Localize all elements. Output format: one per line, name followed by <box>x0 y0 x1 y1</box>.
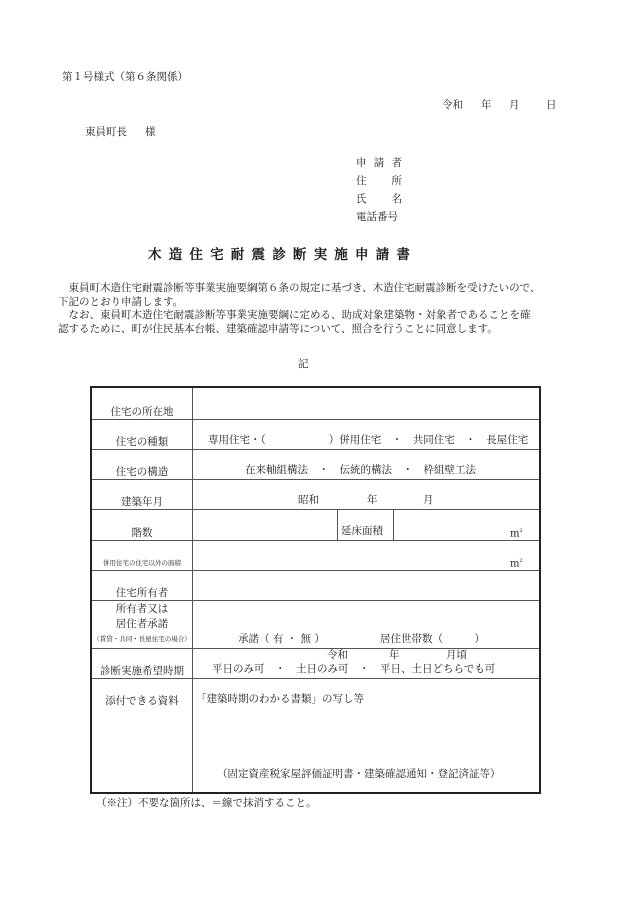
floors-label: 階数 <box>92 525 192 540</box>
non-residential-area-field[interactable] <box>196 544 506 568</box>
schedule-month: 月頃 <box>446 649 467 662</box>
row-divider <box>92 570 539 571</box>
footnote: （※注）不要な箇所は、＝線で抹消すること。 <box>96 797 317 810</box>
floor-area-field[interactable] <box>397 513 507 537</box>
applicant-phone-label: 電話番号 <box>356 208 402 226</box>
attachments-line2: （固定資産税家屋評価証明書・建築確認通知・登記済証等） <box>217 768 501 781</box>
form-number: 第１号様式（第６条関係） <box>62 71 188 84</box>
application-table: 住宅の所在地 住宅の種類 専用住宅・（ ）併用住宅 ・ 共同住宅 ・ 長屋住宅 … <box>90 386 541 794</box>
schedule-options[interactable]: 平日のみ可 ・ 土日のみ可 ・ 平日、土日どちらでも可 <box>212 663 495 676</box>
owner-field[interactable] <box>196 574 536 598</box>
non-residential-area-label: 併用住宅の住宅以外の面積 <box>92 558 192 567</box>
body-text: 東員町木造住宅耐震診断等事業実施要綱第６条の規定に基づき、木造住宅耐震診断を受け… <box>58 282 578 336</box>
applicant-address-label: 住 所 <box>356 172 402 190</box>
applicant-name-label: 氏 名 <box>356 190 402 208</box>
row-divider <box>92 540 539 541</box>
built-month: 月 <box>423 494 434 507</box>
applicant-heading: 申 請 者 <box>356 154 402 172</box>
house-type-options[interactable]: 専用住宅・（ ）併用住宅 ・ 共同住宅 ・ 長屋住宅 <box>208 434 528 447</box>
schedule-label: 診断実施希望時期 <box>92 663 192 678</box>
addressee: 東員町長 <box>85 126 127 139</box>
row-divider <box>92 678 539 679</box>
label-char: 氏 <box>356 190 367 208</box>
paragraph-1-line-2: 下記のとおり申請します。 <box>58 296 578 310</box>
square-meter-unit: m2 <box>510 525 523 540</box>
schedule-era: 令和 <box>327 649 348 662</box>
row-divider <box>92 648 539 649</box>
built-era: 昭和 <box>298 494 319 507</box>
label-char: 名 <box>392 190 403 208</box>
floors-divider <box>393 509 394 540</box>
structure-options[interactable]: 在来軸組構法 ・ 伝統的構法 ・ 枠組壁工法 <box>245 464 476 477</box>
date-day: 日 <box>546 99 557 112</box>
row-divider <box>92 509 539 510</box>
applicant-heading-char: 請 <box>374 154 385 172</box>
square-meter-unit: m2 <box>510 555 523 570</box>
ki-heading: 記 <box>298 358 309 371</box>
row-divider <box>92 449 539 450</box>
date-year: 年 <box>481 99 492 112</box>
honorific: 様 <box>145 126 156 139</box>
applicant-block: 申 請 者 住 所 氏 名 電話番号 <box>356 154 402 226</box>
households-field[interactable]: 居住世帯数（ ） <box>380 633 485 646</box>
date-month: 月 <box>509 99 520 112</box>
schedule-year: 年 <box>389 649 400 662</box>
document-title: 木造住宅耐震診断実施申請書 <box>148 243 417 263</box>
applicant-heading-char: 者 <box>392 154 403 172</box>
structure-label: 住宅の構造 <box>92 464 192 479</box>
date-era: 令和 <box>442 99 463 112</box>
row-divider <box>92 479 539 480</box>
consent-label-line2: 居住者承諾 <box>92 616 192 631</box>
consent-options[interactable]: 承諾（ 有 ・ 無 ） <box>238 633 325 646</box>
applicant-heading-char: 申 <box>356 154 367 172</box>
consent-label-line1: 所有者又は <box>92 601 192 616</box>
floors-divider <box>337 509 338 540</box>
location-label: 住宅の所在地 <box>92 404 192 419</box>
label-char: 電話番号 <box>356 208 398 226</box>
floor-area-label: 延床面積 <box>341 525 383 538</box>
owner-label: 住宅所有者 <box>92 585 192 600</box>
consent-label-note: （賃貸・共同・長屋住宅の場合） <box>92 634 192 643</box>
location-field[interactable] <box>196 392 536 416</box>
label-char: 住 <box>356 172 367 190</box>
floors-field[interactable] <box>196 513 334 537</box>
paragraph-2-line-1: なお、東員町木造住宅耐震診断等事業実施要綱に定める、助成対象建築物・対象者である… <box>58 309 578 323</box>
paragraph-1-line-1: 東員町木造住宅耐震診断等事業実施要綱第６条の規定に基づき、木造住宅耐震診断を受け… <box>58 282 578 296</box>
paragraph-2-line-2: 認するために、町が住民基本台帳、建築確認申請等について、照合を行うことに同意しま… <box>58 323 578 337</box>
label-char: 所 <box>392 172 403 190</box>
attachments-line1: 「建築時期のわかる書類」の写し等 <box>196 693 364 706</box>
built-year: 年 <box>367 494 378 507</box>
row-divider <box>92 419 539 420</box>
house-type-label: 住宅の種類 <box>92 434 192 449</box>
attachments-label: 添付できる資料 <box>92 693 192 708</box>
built-date-label: 建築年月 <box>92 494 192 509</box>
